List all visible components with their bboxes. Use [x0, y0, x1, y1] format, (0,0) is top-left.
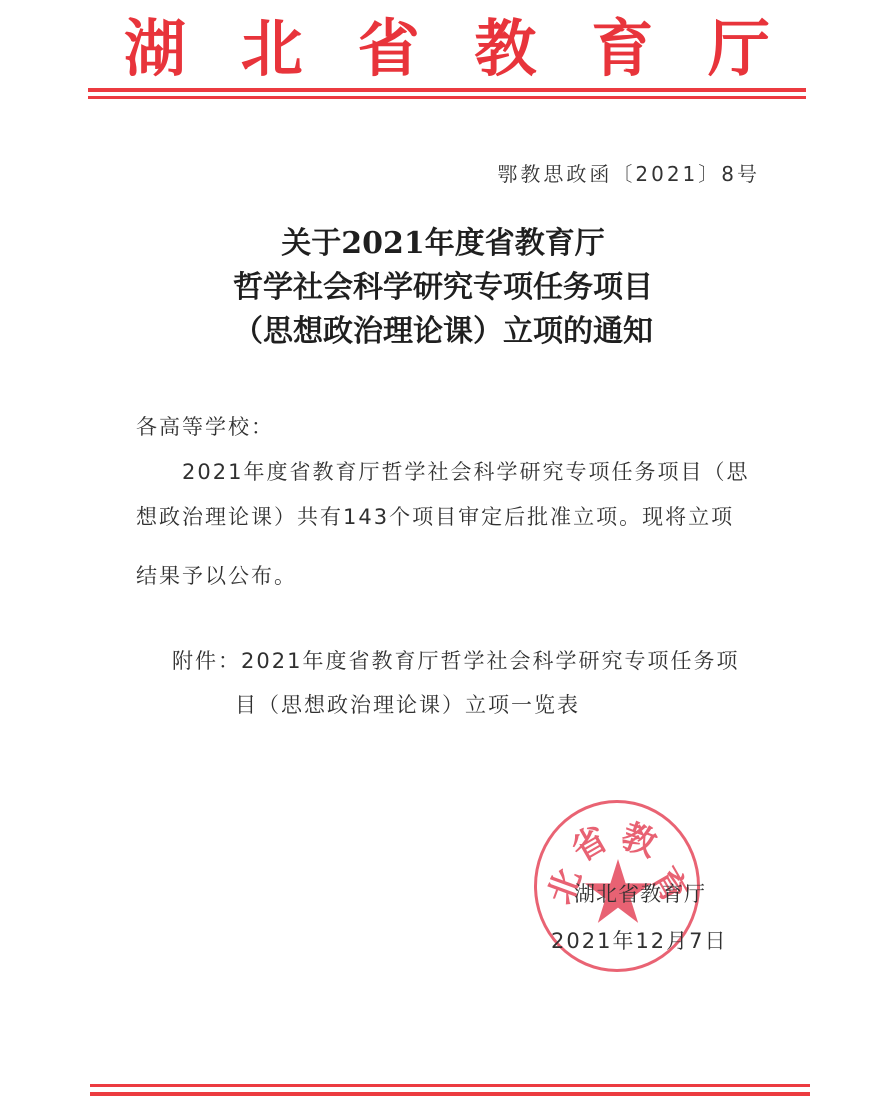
letterhead-char: 厅	[708, 0, 770, 88]
body-line: 2021年度省教育厅哲学社会科学研究专项任务项目（思	[182, 451, 749, 493]
letterhead-char: 育	[591, 0, 653, 88]
title-line: 关于2021年度省教育厅	[0, 222, 886, 266]
header-rule-thick	[88, 88, 806, 92]
letterhead-char: 省	[358, 0, 420, 88]
body-line: 想政治理论课）共有143个项目审定后批准立项。现将立项	[136, 496, 734, 538]
document-title: 关于2021年度省教育厅 哲学社会科学研究专项任务项目 （思想政治理论课）立项的…	[0, 222, 886, 354]
letterhead-char: 教	[474, 0, 536, 88]
salutation: 各高等学校：	[136, 406, 274, 448]
header-rule-thin	[88, 96, 806, 99]
attachment-line: 目（思想政治理论课）立项一览表	[235, 684, 580, 726]
title-line: （思想政治理论课）立项的通知	[0, 310, 886, 354]
attachment-line: 附件：2021年度省教育厅哲学社会科学研究专项任务项	[172, 640, 739, 682]
title-line: 哲学社会科学研究专项任务项目	[0, 266, 886, 310]
letterhead-char: 北	[241, 0, 303, 88]
footer-rule-thick	[90, 1092, 810, 1096]
document-number: 鄂教思政函〔2021〕8号	[497, 158, 760, 187]
letterhead-title: 湖 北 省 教 育 厅	[88, 6, 806, 80]
footer-rule-thin	[90, 1084, 810, 1087]
letterhead-char: 湖	[124, 0, 186, 88]
issue-date: 2021年12月7日	[551, 920, 728, 962]
body-line: 结果予以公布。	[136, 555, 297, 597]
seal-char: 教	[616, 809, 665, 867]
issuer-name: 湖北省教育厅	[574, 873, 706, 915]
